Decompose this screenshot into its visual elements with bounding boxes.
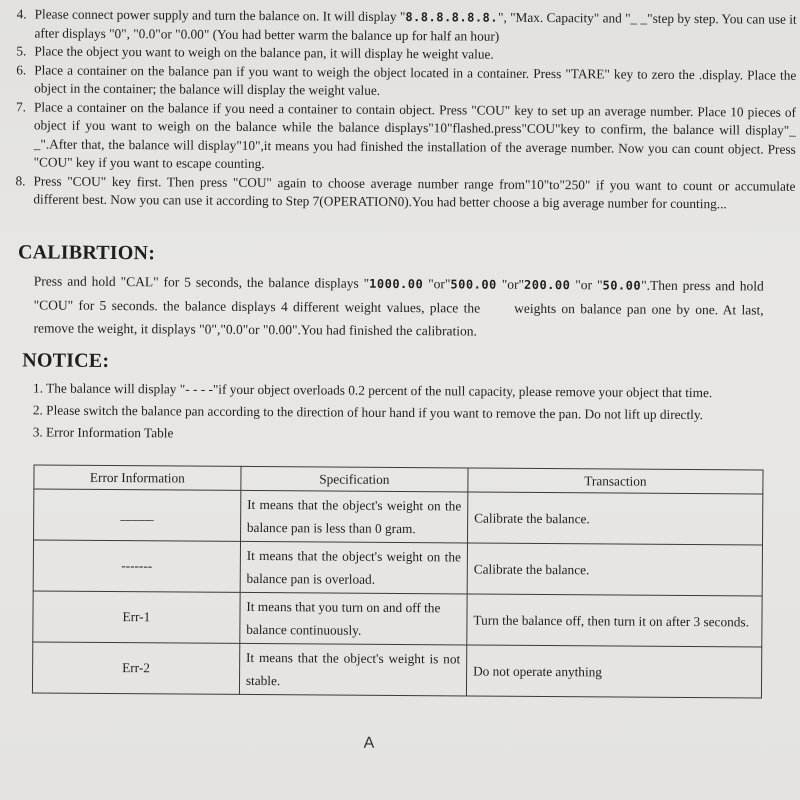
error-specification: It means that you turn on and off the ba… — [240, 592, 468, 645]
display-segment-text: 8.8.8.8.8.8. — [405, 10, 498, 25]
table-row: Err-1 It means that you turn on and off … — [33, 591, 762, 647]
error-transaction: Calibrate the balance. — [468, 492, 763, 545]
operation-steps: 4.Please connect power supply and turn t… — [15, 5, 796, 214]
page-mark: A — [364, 735, 375, 753]
calibration-heading: CALIBRTION: — [18, 241, 155, 265]
column-header: Error Information — [34, 465, 241, 490]
table-row: _____ It means that the object's weight … — [34, 489, 763, 545]
table-row: Err-2 It means that the object's weight … — [32, 642, 761, 698]
error-information-table: Error Information Specification Transact… — [32, 464, 764, 698]
calibration-text: Press and hold "CAL" for 5 seconds, the … — [33, 269, 763, 344]
manual-page: 4.Please connect power supply and turn t… — [0, 0, 800, 800]
error-code: _____ — [34, 489, 241, 541]
cal-value-3: 200.00 — [524, 278, 570, 292]
error-code: Err-1 — [33, 591, 240, 643]
step-number: 6. — [16, 61, 34, 80]
step-number: 5. — [16, 42, 34, 61]
step-6: 6.Place a container on the balance pan i… — [16, 61, 796, 103]
error-code: Err-2 — [32, 642, 239, 694]
step-number: 4. — [17, 5, 35, 24]
error-code: ------- — [33, 540, 240, 592]
step-4: 4.Please connect power supply and turn t… — [16, 5, 796, 47]
error-transaction: Calibrate the balance. — [467, 543, 762, 596]
table-row: ------- It means that the object's weigh… — [33, 540, 762, 596]
error-transaction: Do not operate anything — [466, 645, 761, 698]
error-transaction: Turn the balance off, then turn it on af… — [467, 594, 762, 647]
notice-list: 1. The balance will display "- - - -"if … — [33, 377, 778, 448]
step-number: 8. — [15, 172, 33, 191]
cal-value-1: 1000.00 — [369, 277, 423, 291]
step-number: 7. — [16, 98, 34, 117]
column-header: Specification — [241, 466, 468, 492]
step-7: 7.Place a container on the balance if yo… — [16, 98, 796, 177]
cal-value-2: 500.00 — [450, 277, 496, 291]
step-8: 8.Press "COU" key first. Then press "COU… — [15, 172, 795, 214]
error-specification: It means that the object's weight on the… — [240, 490, 468, 543]
column-header: Transaction — [468, 468, 763, 494]
notice-heading: NOTICE: — [22, 349, 109, 373]
error-specification: It means that the object's weight on the… — [240, 541, 468, 594]
cal-value-4: 50.00 — [602, 278, 641, 292]
error-specification: It means that the object's weight is not… — [239, 643, 467, 696]
